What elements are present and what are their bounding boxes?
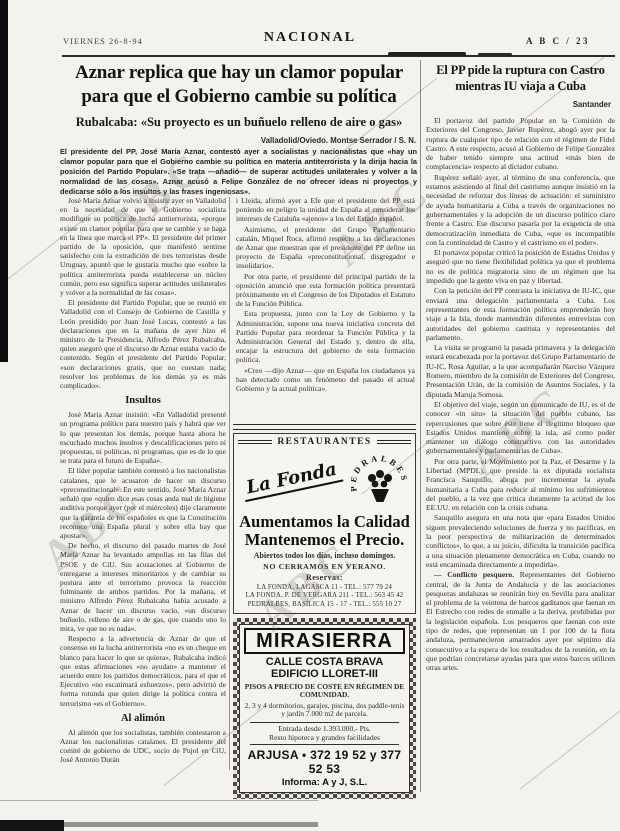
- column-divider: [420, 60, 421, 792]
- ad-separator-rule: [233, 424, 416, 430]
- ad-headline-line: Aumentamos la Calidad: [239, 512, 410, 531]
- ad-summer-text: NO CERRAMOS EN VERANO.: [238, 562, 411, 571]
- headline-line: para que el Gobierno cambie su política: [60, 85, 418, 109]
- mirasierra-features: 2, 3 y 4 dormitorios, garajes, piscina, …: [244, 702, 405, 719]
- right-headline: El PP pide la ruptura con Castro mientra…: [426, 62, 615, 94]
- pesquero-text: Representantes del Gobierno central, de …: [426, 570, 615, 672]
- scan-bottom-bar: [64, 822, 318, 827]
- right-headline-line: mientras IU viaja a Cuba: [426, 78, 615, 94]
- header-rule: [62, 55, 615, 57]
- ad-reservas-label: Reservas:: [238, 573, 411, 582]
- flower-basket-icon: [368, 470, 392, 502]
- right-article: El PP pide la ruptura con Castro mientra…: [426, 62, 615, 674]
- scan-bottom-bar: [0, 820, 64, 831]
- mirasierra-entry-price: Entrada desde 1.393.000,- Pts.: [250, 724, 399, 733]
- headline-line: Aznar replica que hay un clamor popular: [60, 61, 418, 85]
- paragraph: Rupérez señaló ayer, al término de una c…: [426, 173, 615, 247]
- ad-phone-line: LA FONDA, P. DE VERGARA 211 - TEL.: 563 …: [238, 592, 411, 599]
- pedralbes-logo: PEDRALBES: [351, 451, 407, 509]
- mirasierra-phone: ARJUSA • 372 19 52 y 377 52 53: [244, 748, 405, 776]
- mirasierra-offer: PISOS A PRECIO DE COSTE EN RÉGIMEN DE CO…: [244, 683, 405, 700]
- restaurantes-label-text: RESTAURANTES: [277, 437, 371, 447]
- paragraph: Por otra parte, el presidente del princi…: [236, 272, 415, 309]
- dateline: Santander: [426, 100, 611, 109]
- ad-phone-line: PEDRALBES, BASÍLICA 15 - 17 - TEL.: 555 …: [238, 601, 411, 608]
- rule-smudge: [388, 52, 466, 56]
- paragraph: Sauquillo asegura en una nota que «para …: [426, 513, 615, 569]
- paragraph: El portavoz popular criticó la posición …: [426, 248, 615, 285]
- article-column-1: José María Aznar volvió a insistir ayer …: [60, 196, 226, 766]
- section-heading-alimon: Al alimón: [60, 713, 226, 725]
- mirasierra-price-box: Entrada desde 1.393.000,- Pts. Resto hip…: [250, 722, 399, 745]
- rule-smudge: [478, 53, 512, 56]
- mirasierra-mortgage: Resto hipoteca y grandes facilidades: [250, 733, 399, 742]
- scan-bottom-line: [0, 800, 318, 801]
- paragraph: «Creo —dijo Aznar— que en España los ciu…: [236, 366, 415, 394]
- mirasierra-address: CALLE COSTA BRAVA: [244, 656, 405, 669]
- lead-paragraph: El presidente del PP, José María Aznar, …: [60, 147, 417, 197]
- scan-slash-mark: [520, 672, 620, 790]
- paragraph-pesquero: — Conflicto pesquero. Representantes del…: [426, 570, 615, 672]
- ad-phone-line: LA FONDA, LAGASCA 11 - TEL.: 577 79 24: [238, 584, 411, 591]
- restaurant-logos: La Fonda PEDRALBES: [238, 449, 411, 511]
- paragraph: El portavoz del partido Popular en la Co…: [426, 116, 615, 172]
- ads-column: RESTAURANTES La Fonda PEDRALBES: [233, 424, 416, 799]
- ad-headline-line: Mantenemos el Precio.: [245, 530, 405, 549]
- mirasierra-ad: MIRASIERRA CALLE COSTA BRAVA EDIFICIO LL…: [233, 618, 416, 799]
- subheadline: Rubalcaba: «Su proyecto es un buñuelo re…: [60, 115, 418, 130]
- paragraph: Esta propuesta, junto con la Ley de Gobi…: [236, 309, 415, 364]
- article-column-2: i Lleida, afirmó ayer a Efe que el presi…: [236, 196, 415, 394]
- byline: Valladolid/Oviedo. Montse Serrador / S. …: [60, 136, 416, 145]
- paragraph: De hecho, el discurso del pasado martes …: [60, 541, 226, 633]
- page-number: A B C / 23: [526, 36, 590, 46]
- paragraph: i Lleida, afirmó ayer a Efe que el presi…: [236, 196, 415, 224]
- mirasierra-title: MIRASIERRA: [244, 628, 405, 654]
- paragraph: Asimismo, el presidente del Grupo Parlam…: [236, 225, 415, 271]
- main-headline: Aznar replica que hay un clamor popular …: [60, 61, 418, 108]
- restaurantes-label: RESTAURANTES: [238, 437, 411, 447]
- paragraph: Respecto a la advertencia de Aznar de qu…: [60, 634, 226, 708]
- mirasierra-ad-inner: MIRASIERRA CALLE COSTA BRAVA EDIFICIO LL…: [239, 624, 410, 793]
- paragraph: José María Aznar insistió: «En Valladoli…: [60, 410, 226, 465]
- scan-edge-bar: [0, 0, 8, 362]
- column-divider: [229, 197, 230, 770]
- right-headline-line: El PP pide la ruptura con Castro: [426, 62, 615, 78]
- mirasierra-informa: Informa: A y J, S.L.: [244, 777, 405, 788]
- paragraph: El presidente del Partido Popular, que s…: [60, 298, 226, 390]
- paragraph: Con la petición del PP contrasta la inic…: [426, 286, 615, 342]
- ad-open-text: Abiertos todos los días, incluso domingo…: [238, 551, 411, 560]
- restaurantes-ad: RESTAURANTES La Fonda PEDRALBES: [233, 433, 416, 614]
- section-heading-insultos: Insultos: [60, 395, 226, 407]
- paragraph: El objetivo del viaje, según un comunica…: [426, 400, 615, 456]
- paragraph: Al alimón que los socialistas, también c…: [60, 728, 226, 765]
- la-fonda-logo: La Fonda: [241, 458, 344, 502]
- mirasierra-building: EDIFICIO LLORET-III: [244, 668, 405, 681]
- pesquero-lead-in: — Conflicto pesquero.: [434, 570, 514, 579]
- paragraph: José María Aznar volvió a insistir ayer …: [60, 196, 226, 297]
- paragraph: El líder popular también contestó a los …: [60, 466, 226, 540]
- paragraph: Por otra parte, el Movimiento por la Paz…: [426, 457, 615, 513]
- ad-headline: Aumentamos la Calidad Mantenemos el Prec…: [238, 513, 411, 548]
- paragraph: La visita se programó la pasada primaver…: [426, 343, 615, 399]
